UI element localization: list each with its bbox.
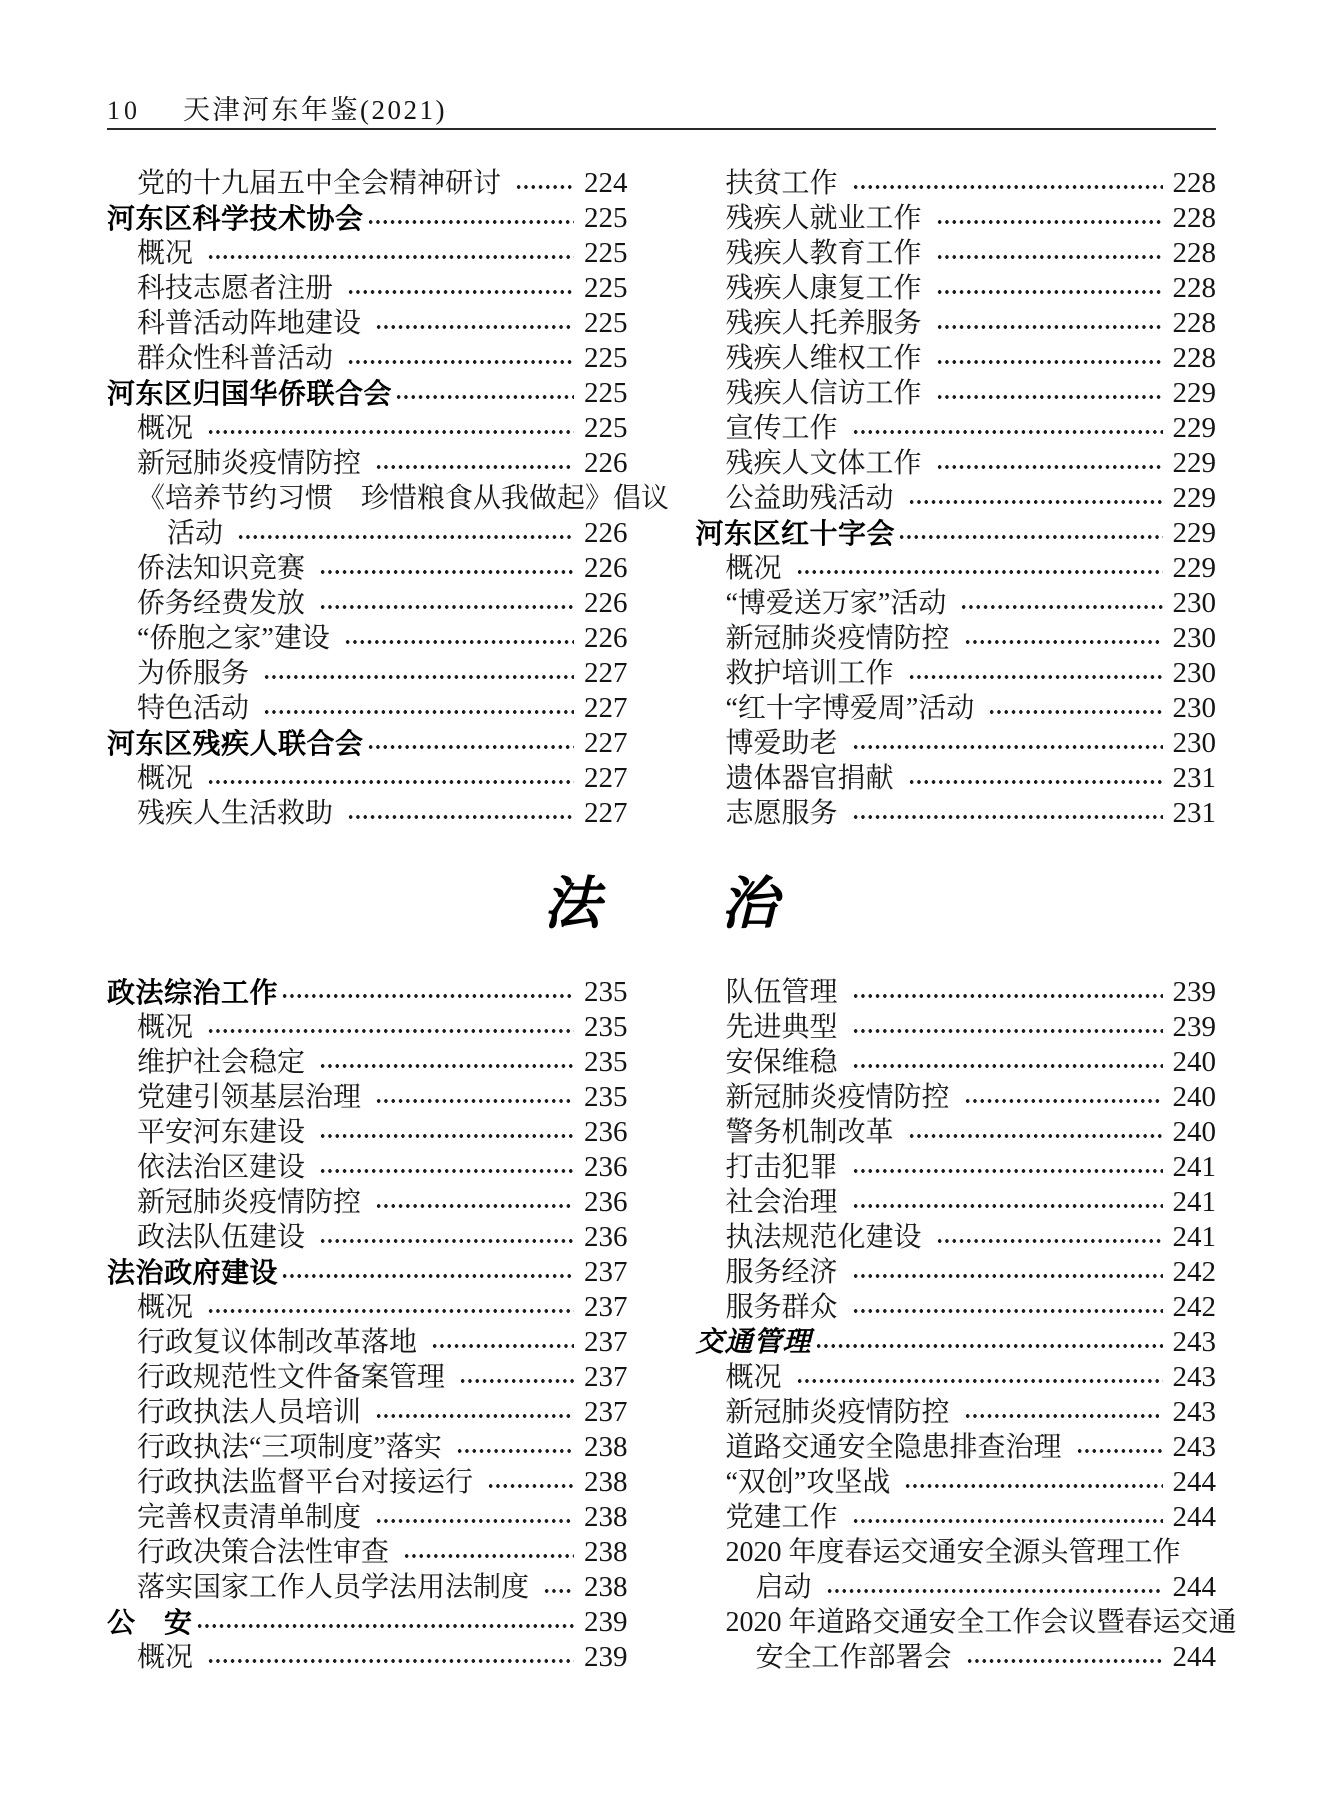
toc-entry-row: “博爱送万家”活动230 xyxy=(696,586,1217,621)
toc-entry-row: 打击犯罪241 xyxy=(696,1150,1217,1185)
toc-page-number: 227 xyxy=(584,796,628,831)
toc-entry-label: 概况 xyxy=(137,1640,193,1675)
toc-entry-row: “双创”攻坚战244 xyxy=(696,1465,1217,1500)
toc-entry-row: 新冠肺炎疫情防控240 xyxy=(696,1080,1217,1115)
toc-entry-row: 公益助残活动229 xyxy=(696,481,1217,516)
toc-entry-label: 执法规范化建设 xyxy=(726,1220,922,1255)
toc-entry-row: 行政复议体制改革落地237 xyxy=(107,1325,628,1360)
toc-bottom-left-column: 政法综治工作235概况235维护社会稳定235党建引领基层治理235平安河东建设… xyxy=(107,975,628,1675)
toc-entry-row: 侨务经费发放226 xyxy=(107,586,628,621)
toc-entry-row: 社会治理241 xyxy=(696,1185,1217,1220)
toc-page-number: 238 xyxy=(584,1430,628,1465)
toc-entry-row: 平安河东建设236 xyxy=(107,1115,628,1150)
toc-page-number: 237 xyxy=(584,1360,628,1395)
toc-page-number: 231 xyxy=(1173,796,1217,831)
toc-entry-label: 新冠肺炎疫情防控 xyxy=(726,621,950,656)
toc-entry-row: 安全工作部署会244 xyxy=(696,1640,1217,1675)
toc-entry-row: 残疾人就业工作228 xyxy=(696,201,1217,236)
toc-entry-label: 科普活动阵地建设 xyxy=(137,306,361,341)
toc-entry-label: 党建引领基层治理 xyxy=(137,1080,361,1115)
dot-leader xyxy=(207,429,574,435)
toc-entry-row: 队伍管理239 xyxy=(696,975,1217,1010)
toc-page-number: 227 xyxy=(584,761,628,796)
toc-heading-row: 河东区红十字会229 xyxy=(696,516,1217,551)
toc-page-number: 229 xyxy=(1173,376,1217,411)
toc-entry-label: 党建工作 xyxy=(726,1500,838,1535)
toc-page-number: 235 xyxy=(584,1045,628,1080)
toc-page-number: 225 xyxy=(584,271,628,306)
toc-entry-label: 平安河东建设 xyxy=(137,1115,305,1150)
toc-entry-row: 扶贫工作228 xyxy=(696,166,1217,201)
dot-leader xyxy=(196,1623,574,1629)
toc-entry-row: 概况235 xyxy=(107,1010,628,1045)
toc-entry-row: 特色活动227 xyxy=(107,691,628,726)
toc-page-number: 226 xyxy=(584,516,628,551)
dot-leader xyxy=(456,1448,574,1454)
toc-entry-label: 2020 年度春运交通安全源头管理工作 xyxy=(726,1535,1181,1570)
toc-page-number: 239 xyxy=(1173,1010,1217,1045)
toc-entry-row: 救护培训工作230 xyxy=(696,656,1217,691)
toc-page-number: 243 xyxy=(1173,1325,1217,1360)
toc-section-top: 党的十九届五中全会精神研讨224河东区科学技术协会225概况225科技志愿者注册… xyxy=(107,166,1216,831)
dot-leader xyxy=(487,1483,574,1489)
toc-page-number: 238 xyxy=(584,1570,628,1605)
toc-entry-row: 残疾人信访工作229 xyxy=(696,376,1217,411)
dot-leader xyxy=(344,639,574,645)
dot-leader xyxy=(207,254,574,260)
page-number: 10 xyxy=(107,96,141,126)
dot-leader xyxy=(347,289,574,295)
toc-entry-label: 残疾人信访工作 xyxy=(726,376,922,411)
toc-page-number: 238 xyxy=(584,1535,628,1570)
toc-page-number: 228 xyxy=(1173,166,1217,201)
yearbook-toc-page: 10 天津河东年鉴(2021) 党的十九届五中全会精神研讨224河东区科学技术协… xyxy=(0,0,1323,1795)
toc-heading-row: 河东区残疾人联合会227 xyxy=(107,726,628,761)
toc-page-number: 229 xyxy=(1173,551,1217,586)
toc-page-number: 236 xyxy=(584,1150,628,1185)
toc-page-number: 230 xyxy=(1173,726,1217,761)
toc-entry-row: 落实国家工作人员学法用法制度238 xyxy=(107,1570,628,1605)
dot-leader xyxy=(936,359,1163,365)
toc-page-number: 236 xyxy=(584,1115,628,1150)
dot-leader xyxy=(852,1168,1163,1174)
toc-entry-label: 残疾人就业工作 xyxy=(726,201,922,236)
toc-entry-row: 《培养节约习惯 珍惜粮食从我做起》倡议 xyxy=(107,481,628,516)
dot-leader xyxy=(852,1273,1163,1279)
toc-heading-row: 河东区归国华侨联合会225 xyxy=(107,376,628,411)
dot-leader xyxy=(207,1028,574,1034)
toc-heading-row: 政法综治工作235 xyxy=(107,975,628,1010)
toc-entry-row: 新冠肺炎疫情防控236 xyxy=(107,1185,628,1220)
dot-leader xyxy=(852,1308,1163,1314)
toc-entry-row: 科普活动阵地建设225 xyxy=(107,306,628,341)
toc-entry-label: 新冠肺炎疫情防控 xyxy=(137,1185,361,1220)
toc-entry-label: 概况 xyxy=(137,411,193,446)
dot-leader xyxy=(852,1063,1163,1069)
dot-leader xyxy=(908,1133,1163,1139)
dot-leader xyxy=(936,464,1163,470)
toc-top-left-column: 党的十九届五中全会精神研讨224河东区科学技术协会225概况225科技志愿者注册… xyxy=(107,166,628,831)
dot-leader xyxy=(964,1413,1163,1419)
toc-entry-label: “侨胞之家”建设 xyxy=(137,621,330,656)
toc-page-number: 230 xyxy=(1173,656,1217,691)
toc-entry-row: 概况225 xyxy=(107,411,628,446)
toc-entry-row: 概况239 xyxy=(107,1640,628,1675)
toc-entry-row: 新冠肺炎疫情防控226 xyxy=(107,446,628,481)
toc-entry-row: 概况237 xyxy=(107,1290,628,1325)
toc-entry-label: 行政复议体制改革落地 xyxy=(137,1325,417,1360)
dot-leader xyxy=(852,429,1163,435)
dot-leader xyxy=(207,1658,574,1664)
toc-page-number: 236 xyxy=(584,1220,628,1255)
toc-entry-label: “红十字博爱周”活动 xyxy=(726,691,975,726)
toc-entry-label: 落实国家工作人员学法用法制度 xyxy=(137,1570,529,1605)
dot-leader xyxy=(237,534,574,540)
toc-entry-label: 河东区归国华侨联合会 xyxy=(107,376,392,411)
dot-leader xyxy=(796,569,1163,575)
toc-bottom-right-column: 队伍管理239先进典型239安保维稳240新冠肺炎疫情防控240警务机制改革24… xyxy=(696,975,1217,1675)
dot-leader xyxy=(988,709,1162,715)
toc-entry-row: 先进典型239 xyxy=(696,1010,1217,1045)
dot-leader xyxy=(852,184,1163,190)
toc-entry-label: 残疾人维权工作 xyxy=(726,341,922,376)
toc-page-number: 224 xyxy=(584,166,628,201)
running-head: 10 天津河东年鉴(2021) xyxy=(107,88,1216,122)
toc-page-number: 240 xyxy=(1173,1080,1217,1115)
toc-page-number: 238 xyxy=(584,1465,628,1500)
dot-leader xyxy=(515,184,574,190)
dot-leader xyxy=(936,394,1163,400)
toc-page-number: 227 xyxy=(584,656,628,691)
dot-leader xyxy=(375,1203,574,1209)
toc-page-number: 239 xyxy=(584,1640,628,1675)
toc-entry-row: 残疾人托养服务228 xyxy=(696,306,1217,341)
toc-entry-row: 志愿服务231 xyxy=(696,796,1217,831)
toc-page-number: 235 xyxy=(584,975,628,1010)
toc-entry-label: 概况 xyxy=(726,1360,782,1395)
toc-page-number: 243 xyxy=(1173,1430,1217,1465)
dot-leader xyxy=(207,1308,574,1314)
toc-page-number: 225 xyxy=(584,306,628,341)
toc-page-number: 230 xyxy=(1173,621,1217,656)
toc-entry-label: 新冠肺炎疫情防控 xyxy=(137,446,361,481)
toc-page-number: 240 xyxy=(1173,1045,1217,1080)
dot-leader xyxy=(207,779,574,785)
toc-page-number: 226 xyxy=(584,551,628,586)
dot-leader xyxy=(403,1553,574,1559)
toc-entry-row: 启动244 xyxy=(696,1570,1217,1605)
toc-entry-label: 《培养节约习惯 珍惜粮食从我做起》倡议 xyxy=(137,481,669,516)
toc-entry-label: 侨务经费发放 xyxy=(137,586,305,621)
header-rule xyxy=(107,128,1216,130)
toc-page-number: 229 xyxy=(1173,516,1217,551)
dot-leader xyxy=(852,814,1163,820)
toc-entry-label: 行政执法“三项制度”落实 xyxy=(137,1430,442,1465)
toc-page-number: 230 xyxy=(1173,586,1217,621)
dot-leader xyxy=(898,534,1162,540)
toc-heading-row: 交通管理243 xyxy=(696,1325,1217,1360)
toc-entry-label: 政法队伍建设 xyxy=(137,1220,305,1255)
toc-entry-label: 残疾人康复工作 xyxy=(726,271,922,306)
toc-entry-label: 河东区残疾人联合会 xyxy=(107,726,364,761)
dot-leader xyxy=(319,569,574,575)
toc-entry-label: 活动 xyxy=(167,516,223,551)
toc-entry-label: 新冠肺炎疫情防控 xyxy=(726,1395,950,1430)
toc-heading-row: 公 安239 xyxy=(107,1605,628,1640)
toc-entry-label: 公益助残活动 xyxy=(726,481,894,516)
toc-entry-row: 残疾人维权工作228 xyxy=(696,341,1217,376)
dot-leader xyxy=(281,993,574,999)
toc-heading-row: 法治政府建设237 xyxy=(107,1255,628,1290)
dot-leader xyxy=(367,219,574,225)
dot-leader xyxy=(936,254,1163,260)
toc-entry-row: 服务经济242 xyxy=(696,1255,1217,1290)
toc-entry-row: 概况227 xyxy=(107,761,628,796)
toc-entry-row: 安保维稳240 xyxy=(696,1045,1217,1080)
dot-leader xyxy=(936,1238,1163,1244)
toc-entry-row: 概况243 xyxy=(696,1360,1217,1395)
toc-page-number: 225 xyxy=(584,236,628,271)
dot-leader xyxy=(543,1588,574,1594)
toc-page-number: 225 xyxy=(584,376,628,411)
dot-leader xyxy=(936,289,1163,295)
dot-leader xyxy=(852,744,1163,750)
toc-entry-row: 服务群众242 xyxy=(696,1290,1217,1325)
toc-entry-row: 残疾人教育工作228 xyxy=(696,236,1217,271)
toc-entry-row: 行政决策合法性审查238 xyxy=(107,1535,628,1570)
toc-page-number: 227 xyxy=(584,691,628,726)
toc-page-number: 226 xyxy=(584,621,628,656)
toc-entry-row: 新冠肺炎疫情防控243 xyxy=(696,1395,1217,1430)
toc-entry-label: 为侨服务 xyxy=(137,656,249,691)
toc-page-number: 237 xyxy=(584,1395,628,1430)
dot-leader xyxy=(375,1518,574,1524)
toc-page-number: 229 xyxy=(1173,481,1217,516)
dot-leader xyxy=(319,1238,574,1244)
toc-page-number: 238 xyxy=(584,1500,628,1535)
section-divider-title: 法 治 xyxy=(107,863,1216,947)
toc-entry-row: 依法治区建设236 xyxy=(107,1150,628,1185)
toc-top-right-column: 扶贫工作228残疾人就业工作228残疾人教育工作228残疾人康复工作228残疾人… xyxy=(696,166,1217,831)
dot-leader xyxy=(796,1378,1163,1384)
toc-page-number: 242 xyxy=(1173,1290,1217,1325)
toc-entry-label: 宣传工作 xyxy=(726,411,838,446)
dot-leader xyxy=(908,779,1163,785)
toc-page-number: 237 xyxy=(584,1290,628,1325)
toc-entry-label: 残疾人托养服务 xyxy=(726,306,922,341)
dot-leader xyxy=(852,1203,1163,1209)
toc-entry-row: 行政执法“三项制度”落实238 xyxy=(107,1430,628,1465)
dot-leader xyxy=(347,814,574,820)
dot-leader xyxy=(319,1063,574,1069)
toc-page-number: 228 xyxy=(1173,201,1217,236)
toc-entry-label: 概况 xyxy=(137,1010,193,1045)
toc-entry-label: 河东区红十字会 xyxy=(696,516,896,551)
toc-entry-label: 行政规范性文件备案管理 xyxy=(137,1360,445,1395)
dot-leader xyxy=(852,1518,1163,1524)
toc-entry-row: 党建引领基层治理235 xyxy=(107,1080,628,1115)
toc-entry-row: 道路交通安全隐患排查治理243 xyxy=(696,1430,1217,1465)
dot-leader xyxy=(431,1343,574,1349)
toc-entry-row: 党建工作244 xyxy=(696,1500,1217,1535)
toc-entry-label: 扶贫工作 xyxy=(726,166,838,201)
dot-leader xyxy=(1076,1448,1163,1454)
toc-entry-label: 河东区科学技术协会 xyxy=(107,201,364,236)
dot-leader xyxy=(263,674,574,680)
dot-leader xyxy=(375,324,574,330)
toc-entry-label: 道路交通安全隐患排查治理 xyxy=(726,1430,1062,1465)
dot-leader xyxy=(319,604,574,610)
toc-entry-label: 特色活动 xyxy=(137,691,249,726)
toc-page-number: 243 xyxy=(1173,1395,1217,1430)
toc-entry-row: 概况229 xyxy=(696,551,1217,586)
toc-entry-label: 完善权责清单制度 xyxy=(137,1500,361,1535)
toc-entry-row: 行政执法人员培训237 xyxy=(107,1395,628,1430)
toc-entry-row: 2020 年道路交通安全工作会议暨春运交通 xyxy=(696,1605,1217,1640)
toc-entry-row: 残疾人生活救助227 xyxy=(107,796,628,831)
toc-entry-row: 博爱助老230 xyxy=(696,726,1217,761)
dot-leader xyxy=(964,1098,1163,1104)
toc-page-number: 237 xyxy=(584,1255,628,1290)
dot-leader xyxy=(375,1413,574,1419)
dot-leader xyxy=(263,709,574,715)
dot-leader xyxy=(347,359,574,365)
toc-entry-label: 救护培训工作 xyxy=(726,656,894,691)
toc-page-number: 227 xyxy=(584,726,628,761)
toc-page-number: 237 xyxy=(584,1325,628,1360)
toc-page-number: 229 xyxy=(1173,411,1217,446)
toc-entry-row: 残疾人文体工作229 xyxy=(696,446,1217,481)
book-title: 天津河东年鉴(2021) xyxy=(183,88,447,127)
toc-entry-label: 党的十九届五中全会精神研讨 xyxy=(137,166,501,201)
toc-entry-label: 维护社会稳定 xyxy=(137,1045,305,1080)
dot-leader xyxy=(459,1378,574,1384)
dot-leader xyxy=(960,604,1162,610)
toc-entry-label: 群众性科普活动 xyxy=(137,341,333,376)
toc-page-number: 235 xyxy=(584,1080,628,1115)
toc-entry-label: 行政执法监督平台对接运行 xyxy=(137,1465,473,1500)
toc-entry-label: 概况 xyxy=(137,761,193,796)
toc-page-number: 243 xyxy=(1173,1360,1217,1395)
toc-entry-row: 警务机制改革240 xyxy=(696,1115,1217,1150)
toc-page-number: 230 xyxy=(1173,691,1217,726)
toc-entry-row: 科技志愿者注册225 xyxy=(107,271,628,306)
toc-page-number: 229 xyxy=(1173,446,1217,481)
toc-entry-label: 警务机制改革 xyxy=(726,1115,894,1150)
toc-page-number: 244 xyxy=(1173,1570,1217,1605)
toc-entry-label: 残疾人文体工作 xyxy=(726,446,922,481)
toc-entry-label: 志愿服务 xyxy=(726,796,838,831)
toc-entry-label: 交通管理 xyxy=(696,1325,812,1360)
toc-page-number: 244 xyxy=(1173,1500,1217,1535)
toc-entry-label: 博爱助老 xyxy=(726,726,838,761)
toc-page-number: 225 xyxy=(584,411,628,446)
dot-leader xyxy=(852,993,1163,999)
dot-leader xyxy=(319,1168,574,1174)
toc-page-number: 239 xyxy=(584,1605,628,1640)
toc-entry-row: 为侨服务227 xyxy=(107,656,628,691)
toc-entry-row: 宣传工作229 xyxy=(696,411,1217,446)
dot-leader xyxy=(964,639,1163,645)
toc-entry-label: 新冠肺炎疫情防控 xyxy=(726,1080,950,1115)
toc-entry-label: “双创”攻坚战 xyxy=(726,1465,891,1500)
toc-entry-row: 政法队伍建设236 xyxy=(107,1220,628,1255)
toc-entry-row: 行政规范性文件备案管理237 xyxy=(107,1360,628,1395)
toc-entry-label: 启动 xyxy=(756,1570,812,1605)
toc-entry-label: 服务经济 xyxy=(726,1255,838,1290)
toc-heading-row: 河东区科学技术协会225 xyxy=(107,201,628,236)
toc-entry-row: 党的十九届五中全会精神研讨224 xyxy=(107,166,628,201)
dot-leader xyxy=(904,1483,1162,1489)
toc-entry-label: 先进典型 xyxy=(726,1010,838,1045)
toc-entry-row: 2020 年度春运交通安全源头管理工作 xyxy=(696,1535,1217,1570)
dot-leader xyxy=(281,1273,574,1279)
toc-entry-row: 遗体器官捐献231 xyxy=(696,761,1217,796)
toc-page-number: 242 xyxy=(1173,1255,1217,1290)
toc-entry-row: 新冠肺炎疫情防控230 xyxy=(696,621,1217,656)
toc-entry-label: 政法综治工作 xyxy=(107,975,278,1010)
toc-page-number: 244 xyxy=(1173,1640,1217,1675)
toc-entry-label: 残疾人教育工作 xyxy=(726,236,922,271)
toc-page-number: 239 xyxy=(1173,975,1217,1010)
toc-entry-label: “博爱送万家”活动 xyxy=(726,586,947,621)
toc-entry-label: 公 安 xyxy=(107,1605,193,1640)
toc-entry-label: 队伍管理 xyxy=(726,975,838,1010)
toc-entry-label: 法治政府建设 xyxy=(107,1255,278,1290)
toc-page-number: 228 xyxy=(1173,306,1217,341)
toc-page-number: 226 xyxy=(584,446,628,481)
toc-entry-label: 行政决策合法性审查 xyxy=(137,1535,389,1570)
toc-page-number: 241 xyxy=(1173,1220,1217,1255)
toc-entry-label: 安保维稳 xyxy=(726,1045,838,1080)
toc-page-number: 228 xyxy=(1173,271,1217,306)
dot-leader xyxy=(319,1133,574,1139)
toc-entry-label: 行政执法人员培训 xyxy=(137,1395,361,1430)
toc-section-bottom: 政法综治工作235概况235维护社会稳定235党建引领基层治理235平安河东建设… xyxy=(107,975,1216,1675)
toc-entry-label: 概况 xyxy=(137,1290,193,1325)
toc-entry-label: 概况 xyxy=(726,551,782,586)
toc-page-number: 225 xyxy=(584,201,628,236)
toc-page-number: 241 xyxy=(1173,1185,1217,1220)
toc-entry-label: 社会治理 xyxy=(726,1185,838,1220)
toc-entry-label: 遗体器官捐献 xyxy=(726,761,894,796)
dot-leader xyxy=(395,394,574,400)
toc-entry-row: “红十字博爱周”活动230 xyxy=(696,691,1217,726)
dot-leader xyxy=(908,499,1163,505)
toc-page-number: 228 xyxy=(1173,341,1217,376)
dot-leader xyxy=(936,324,1163,330)
dot-leader xyxy=(936,219,1163,225)
toc-entry-row: 侨法知识竞赛226 xyxy=(107,551,628,586)
dot-leader xyxy=(852,1028,1163,1034)
toc-page-number: 244 xyxy=(1173,1465,1217,1500)
toc-entry-label: 概况 xyxy=(137,236,193,271)
toc-entry-label: 服务群众 xyxy=(726,1290,838,1325)
toc-entry-row: “侨胞之家”建设226 xyxy=(107,621,628,656)
toc-entry-row: 群众性科普活动225 xyxy=(107,341,628,376)
dot-leader xyxy=(375,1098,574,1104)
toc-entry-row: 残疾人康复工作228 xyxy=(696,271,1217,306)
toc-page-number: 231 xyxy=(1173,761,1217,796)
toc-page-number: 225 xyxy=(584,341,628,376)
toc-entry-label: 科技志愿者注册 xyxy=(137,271,333,306)
toc-entry-label: 打击犯罪 xyxy=(726,1150,838,1185)
dot-leader xyxy=(815,1343,1163,1349)
toc-page-number: 235 xyxy=(584,1010,628,1045)
toc-entry-row: 行政执法监督平台对接运行238 xyxy=(107,1465,628,1500)
toc-entry-label: 2020 年道路交通安全工作会议暨春运交通 xyxy=(726,1605,1237,1640)
toc-entry-row: 完善权责清单制度238 xyxy=(107,1500,628,1535)
